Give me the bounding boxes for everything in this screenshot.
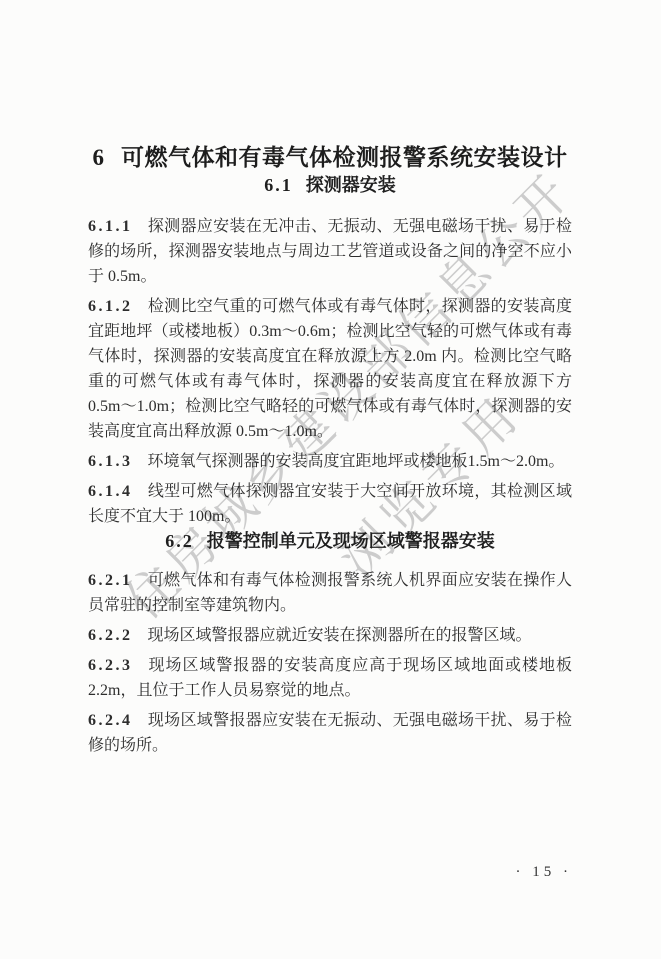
clause-text: 现场区域警报器的安装高度应高于现场区域地面或楼地板 2.2m，且位于工作人员易察… (88, 657, 572, 699)
clause-number: 6.1.4 (88, 483, 133, 500)
clause-6-2-3: 6.2.3现场区域警报器的安装高度应高于现场区域地面或楼地板 2.2m，且位于工… (88, 653, 572, 703)
clause-6-2-1: 6.2.1可燃气体和有毒气体检测报警系统人机界面应安装在操作人员常驻的控制室等建… (88, 568, 572, 618)
section-title: 报警控制单元及现场区域警报器安装 (207, 531, 495, 551)
clause-text: 现场区域警报器应安装在无振动、无强电磁场干扰、易于检修的场所。 (88, 712, 572, 754)
clause-number: 6.1.1 (88, 218, 133, 235)
section-number: 6.2 (165, 531, 194, 551)
clause-6-1-1: 6.1.1探测器应安装在无冲击、无振动、无强电磁场干扰、易于检修的场所，探测器安… (88, 214, 572, 289)
page-content: 6可燃气体和有毒气体检测报警系统安装设计 6.1探测器安装 6.1.1探测器应安… (88, 0, 572, 758)
section-number: 6.1 (264, 175, 293, 195)
section-heading-6-2: 6.2报警控制单元及现场区域警报器安装 (88, 529, 572, 553)
clause-6-1-4: 6.1.4线型可燃气体探测器宜安装于大空间开放环境，其检测区域长度不宜大于 10… (88, 479, 572, 529)
clause-text: 探测器应安装在无冲击、无振动、无强电磁场干扰、易于检修的场所，探测器安装地点与周… (88, 218, 572, 285)
clause-6-1-2: 6.1.2检测比空气重的可燃气体或有毒气体时，探测器的安装高度宜距地坪（或楼地板… (88, 294, 572, 444)
section-title: 探测器安装 (306, 175, 396, 195)
clause-number: 6.1.2 (88, 298, 133, 315)
clause-number: 6.2.2 (88, 627, 133, 644)
clause-number: 6.1.3 (88, 453, 133, 470)
clause-6-1-3: 6.1.3环境氧气探测器的安装高度宜距地坪或楼地板1.5m～2.0m。 (88, 449, 572, 474)
scanned-standard-page: 住房城乡建设部信息公开 浏览专用 6可燃气体和有毒气体检测报警系统安装设计 6.… (0, 0, 661, 959)
chapter-title: 可燃气体和有毒气体检测报警系统安装设计 (121, 145, 568, 170)
clause-text: 检测比空气重的可燃气体或有毒气体时，探测器的安装高度宜距地坪（或楼地板）0.3m… (88, 298, 572, 440)
clause-text: 可燃气体和有毒气体检测报警系统人机界面应安装在操作人员常驻的控制室等建筑物内。 (88, 572, 572, 614)
clause-text: 环境氧气探测器的安装高度宜距地坪或楼地板1.5m～2.0m。 (148, 453, 565, 470)
clause-number: 6.2.3 (88, 657, 133, 674)
chapter-number: 6 (93, 145, 105, 170)
section-heading-6-1: 6.1探测器安装 (88, 173, 572, 197)
clause-text: 现场区域警报器应就近安装在探测器所在的报警区域。 (148, 627, 532, 644)
clause-number: 6.2.1 (88, 572, 133, 589)
page-number: · 15 · (0, 864, 572, 881)
chapter-heading: 6可燃气体和有毒气体检测报警系统安装设计 (88, 143, 572, 173)
clause-text: 线型可燃气体探测器宜安装于大空间开放环境，其检测区域长度不宜大于 100m。 (88, 483, 572, 525)
clause-6-2-2: 6.2.2现场区域警报器应就近安装在探测器所在的报警区域。 (88, 623, 572, 648)
clause-number: 6.2.4 (88, 712, 133, 729)
clause-6-2-4: 6.2.4现场区域警报器应安装在无振动、无强电磁场干扰、易于检修的场所。 (88, 708, 572, 758)
